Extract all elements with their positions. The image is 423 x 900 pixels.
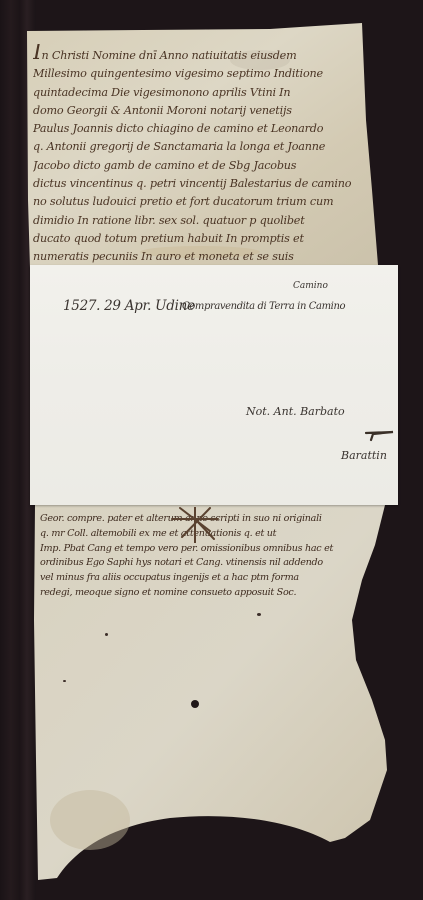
deed-line: vel minus fra aliis occupatus ingenijs e… (40, 571, 350, 586)
label-subject: Compravendita di Terra in Camino (182, 301, 345, 312)
deed-line: quintadecima Die vigesimonono aprilis Vt… (33, 84, 363, 102)
deed-line: In Christi Nomine dnī Anno natiuitatis e… (33, 44, 363, 65)
label-place-note: Camino (293, 281, 328, 291)
deed-line: Jacobo dicto gamb de camino et de Sbg Ja… (33, 157, 363, 175)
deed-line: Millesimo quingentesimo vigesimo septimo… (33, 65, 363, 83)
deed-line: numeratis pecuniis In auro et moneta et … (33, 248, 363, 266)
parchment-speck (105, 633, 108, 636)
deed-line: Paulus Joannis dicto chiagino de camino … (33, 120, 363, 138)
notary-signum-star-icon (170, 507, 220, 543)
label-date: 1527. 29 Apr. Udine (63, 298, 195, 314)
label-notary: Not. Ant. Barbato (246, 405, 345, 418)
deed-line: dimidio In ratione libr. sex sol. quatuo… (33, 212, 363, 230)
parchment-speck (257, 613, 261, 616)
deed-line: ducato quod totum pretium habuit In prom… (33, 230, 363, 248)
parchment-hole (191, 700, 199, 708)
archival-label: Camino 1527. 29 Apr. Udine Compravendita… (30, 265, 398, 505)
deed-line: redegi, meoque signo et nomine consueto … (40, 586, 350, 601)
deed-line: ordinibus Ego Saphi hys notari et Cang. … (40, 556, 350, 571)
label-signature: Barattin (341, 449, 387, 462)
parchment-speck (63, 680, 66, 682)
deed-line: domo Georgii & Antonii Moroni notarij ve… (33, 102, 363, 120)
deed-line: no solutus ludouici pretio et fort ducat… (33, 193, 363, 211)
pen-flourish-icon (365, 430, 395, 442)
deed-line: dictus vincentinus q. petri vincentij Ba… (33, 175, 363, 193)
deed-line: q. Antonii gregorij de Sanctamaria la lo… (33, 138, 363, 156)
deed-line: Imp. Pbat Cang et tempo vero per. omissi… (40, 542, 350, 557)
